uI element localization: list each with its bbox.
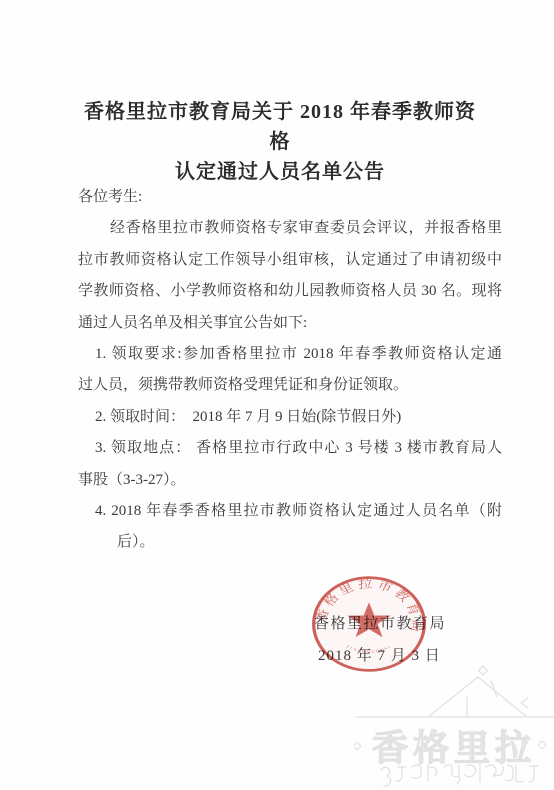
body-line: 经香格里拉市教师资格专家审查委员会评议，并报香格里 [78, 213, 502, 244]
mountain-logo-watermark [356, 666, 554, 717]
mountain-peak-diamond-icon [479, 666, 488, 675]
body-line: 通过人员名单及相关事宜公告如下: [78, 308, 502, 339]
decorative-diamond-icon [354, 742, 361, 750]
body-line-item-2: 2. 领取时间： 2018 年 7 月 9 日始(除节假日外) [78, 402, 502, 433]
body-line: 事股（3-3-27）。 [78, 465, 502, 496]
scanned-document-page: 香格里拉市教育局关于 2018 年春季教师资格 认定通过人员名单公告 各位考生:… [0, 0, 554, 790]
document-body: 各位考生: 经香格里拉市教师资格专家审查委员会评议，并报香格里 拉市教师资格认定… [78, 182, 502, 559]
body-line: 后）。 [78, 527, 502, 558]
watermark-chinese-text: 香格里拉 [372, 728, 536, 768]
body-line-item-4: 4. 2018 年春季香格里拉市教师资格认定通过人员名单（附 [78, 496, 502, 527]
body-line: 拉市教师资格认定工作领导小组审核，认定通过了申请初级中 [78, 245, 502, 276]
body-line: 过人员，须携带教师资格受理凭证和身份证领取。 [78, 370, 502, 401]
body-line-item-3: 3. 领取地点： 香格里拉市行政中心 3 号楼 3 楼市教育局人 [78, 433, 502, 464]
document-title: 香格里拉市教育局关于 2018 年春季教师资格 认定通过人员名单公告 [75, 97, 485, 187]
body-line: 学教师资格、小学教师资格和幼儿园教师资格人员 30 名。现将 [78, 276, 502, 307]
shangri-la-watermark: 香格里拉 [354, 650, 554, 790]
chevron-mark-icon [521, 698, 528, 708]
body-line-item-1: 1. 领取要求:参加香格里拉市 2018 年春季教师资格认定通 [78, 339, 502, 370]
decorative-diamond-icon [538, 741, 546, 749]
title-line-1: 香格里拉市教育局关于 2018 年春季教师资格 [75, 97, 485, 157]
body-line-salutation: 各位考生: [78, 182, 502, 213]
